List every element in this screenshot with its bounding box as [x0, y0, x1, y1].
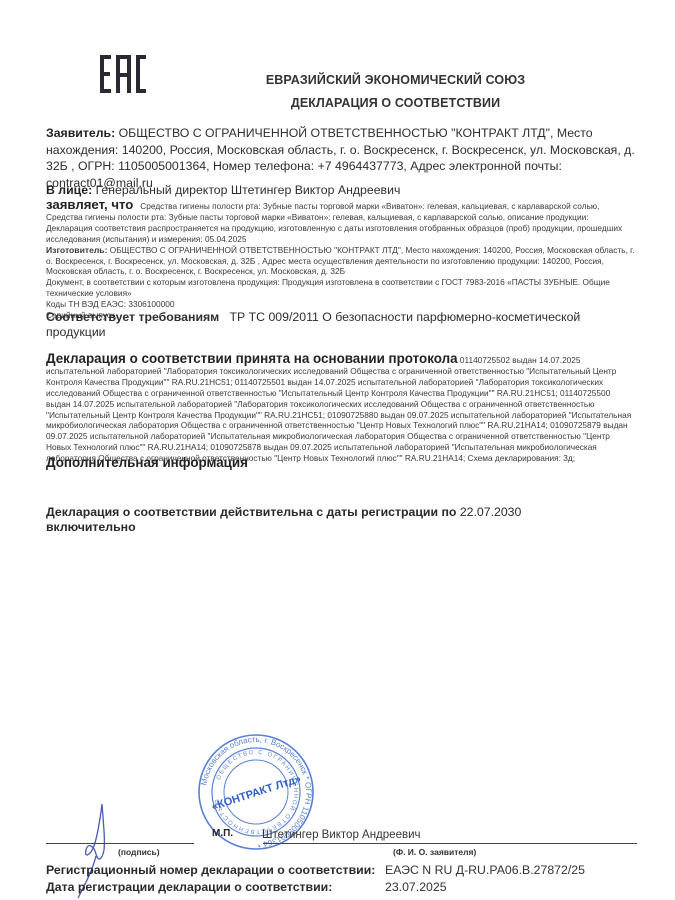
product-description: Средства гигиены полости рта: Зубные пас… [46, 201, 622, 244]
additional-info-heading: Дополнительная информация [46, 455, 248, 470]
signer-name: Штетингер Виктор Андреевич [262, 829, 420, 841]
validity-block: Декларация о соответствии действительна … [46, 505, 636, 535]
conformity-label: Соответствует требованиям [46, 310, 219, 324]
manufacturer-text: ОБЩЕСТВО С ОГРАНИЧЕННОЙ ОТВЕТСТВЕННОСТЬЮ… [46, 245, 635, 277]
protocol-text: 01140725502 выдан 14.07.2025 испытательн… [46, 355, 631, 463]
registration-number-label: Регистрационный номер декларации о соотв… [46, 863, 375, 877]
signature-caption: (подпись) [118, 847, 160, 857]
applicant-text: ОБЩЕСТВО С ОГРАНИЧЕННОЙ ОТВЕТСТВЕННОСТЬЮ… [46, 126, 635, 190]
union-title: ЕВРАЗИЙСКИЙ ЭКОНОМИЧЕСКИЙ СОЮЗ [58, 73, 675, 87]
validity-date: 22.07.2030 [460, 505, 522, 519]
standard-document: Документ, в соответствии с которым изгот… [46, 277, 610, 298]
represented-by-label: В лице: [46, 183, 92, 197]
protocol-label: Декларация о соответствии принята на осн… [46, 351, 458, 366]
represented-by-block: В лице: Генеральный директор Штетингер В… [46, 182, 636, 199]
applicant-label: Заявитель: [46, 126, 115, 140]
conformity-block: Соответствует требованиям ТР ТС 009/2011… [46, 310, 636, 340]
declares-block: заявляет, что Средства гигиены полости р… [46, 200, 636, 321]
document-title: ДЕКЛАРАЦИЯ О СООТВЕТСТВИИ [58, 96, 675, 110]
represented-by-text: Генеральный директор Штетингер Виктор Ан… [96, 183, 401, 197]
declares-label: заявляет, что [46, 197, 133, 212]
validity-label: Декларация о соответствии действительна … [46, 505, 456, 519]
tn-ved-codes: Коды ТН ВЭД ЕАЭС: 3306100000 [46, 299, 174, 309]
name-caption: (Ф. И. О. заявителя) [393, 847, 476, 857]
registration-number: ЕАЭС N RU Д-RU.РА06.В.27872/25 [385, 863, 585, 877]
name-line [263, 843, 637, 844]
registration-date-label: Дата регистрации декларации о соответств… [46, 880, 332, 894]
validity-suffix: включительно [46, 520, 136, 534]
stamp-place-label: М.П. [212, 828, 233, 839]
registration-date: 23.07.2025 [385, 880, 447, 894]
signature-line [46, 843, 194, 844]
manufacturer-label: Изготовитель: [46, 245, 107, 255]
protocol-block: Декларация о соответствии принята на осн… [46, 354, 636, 464]
